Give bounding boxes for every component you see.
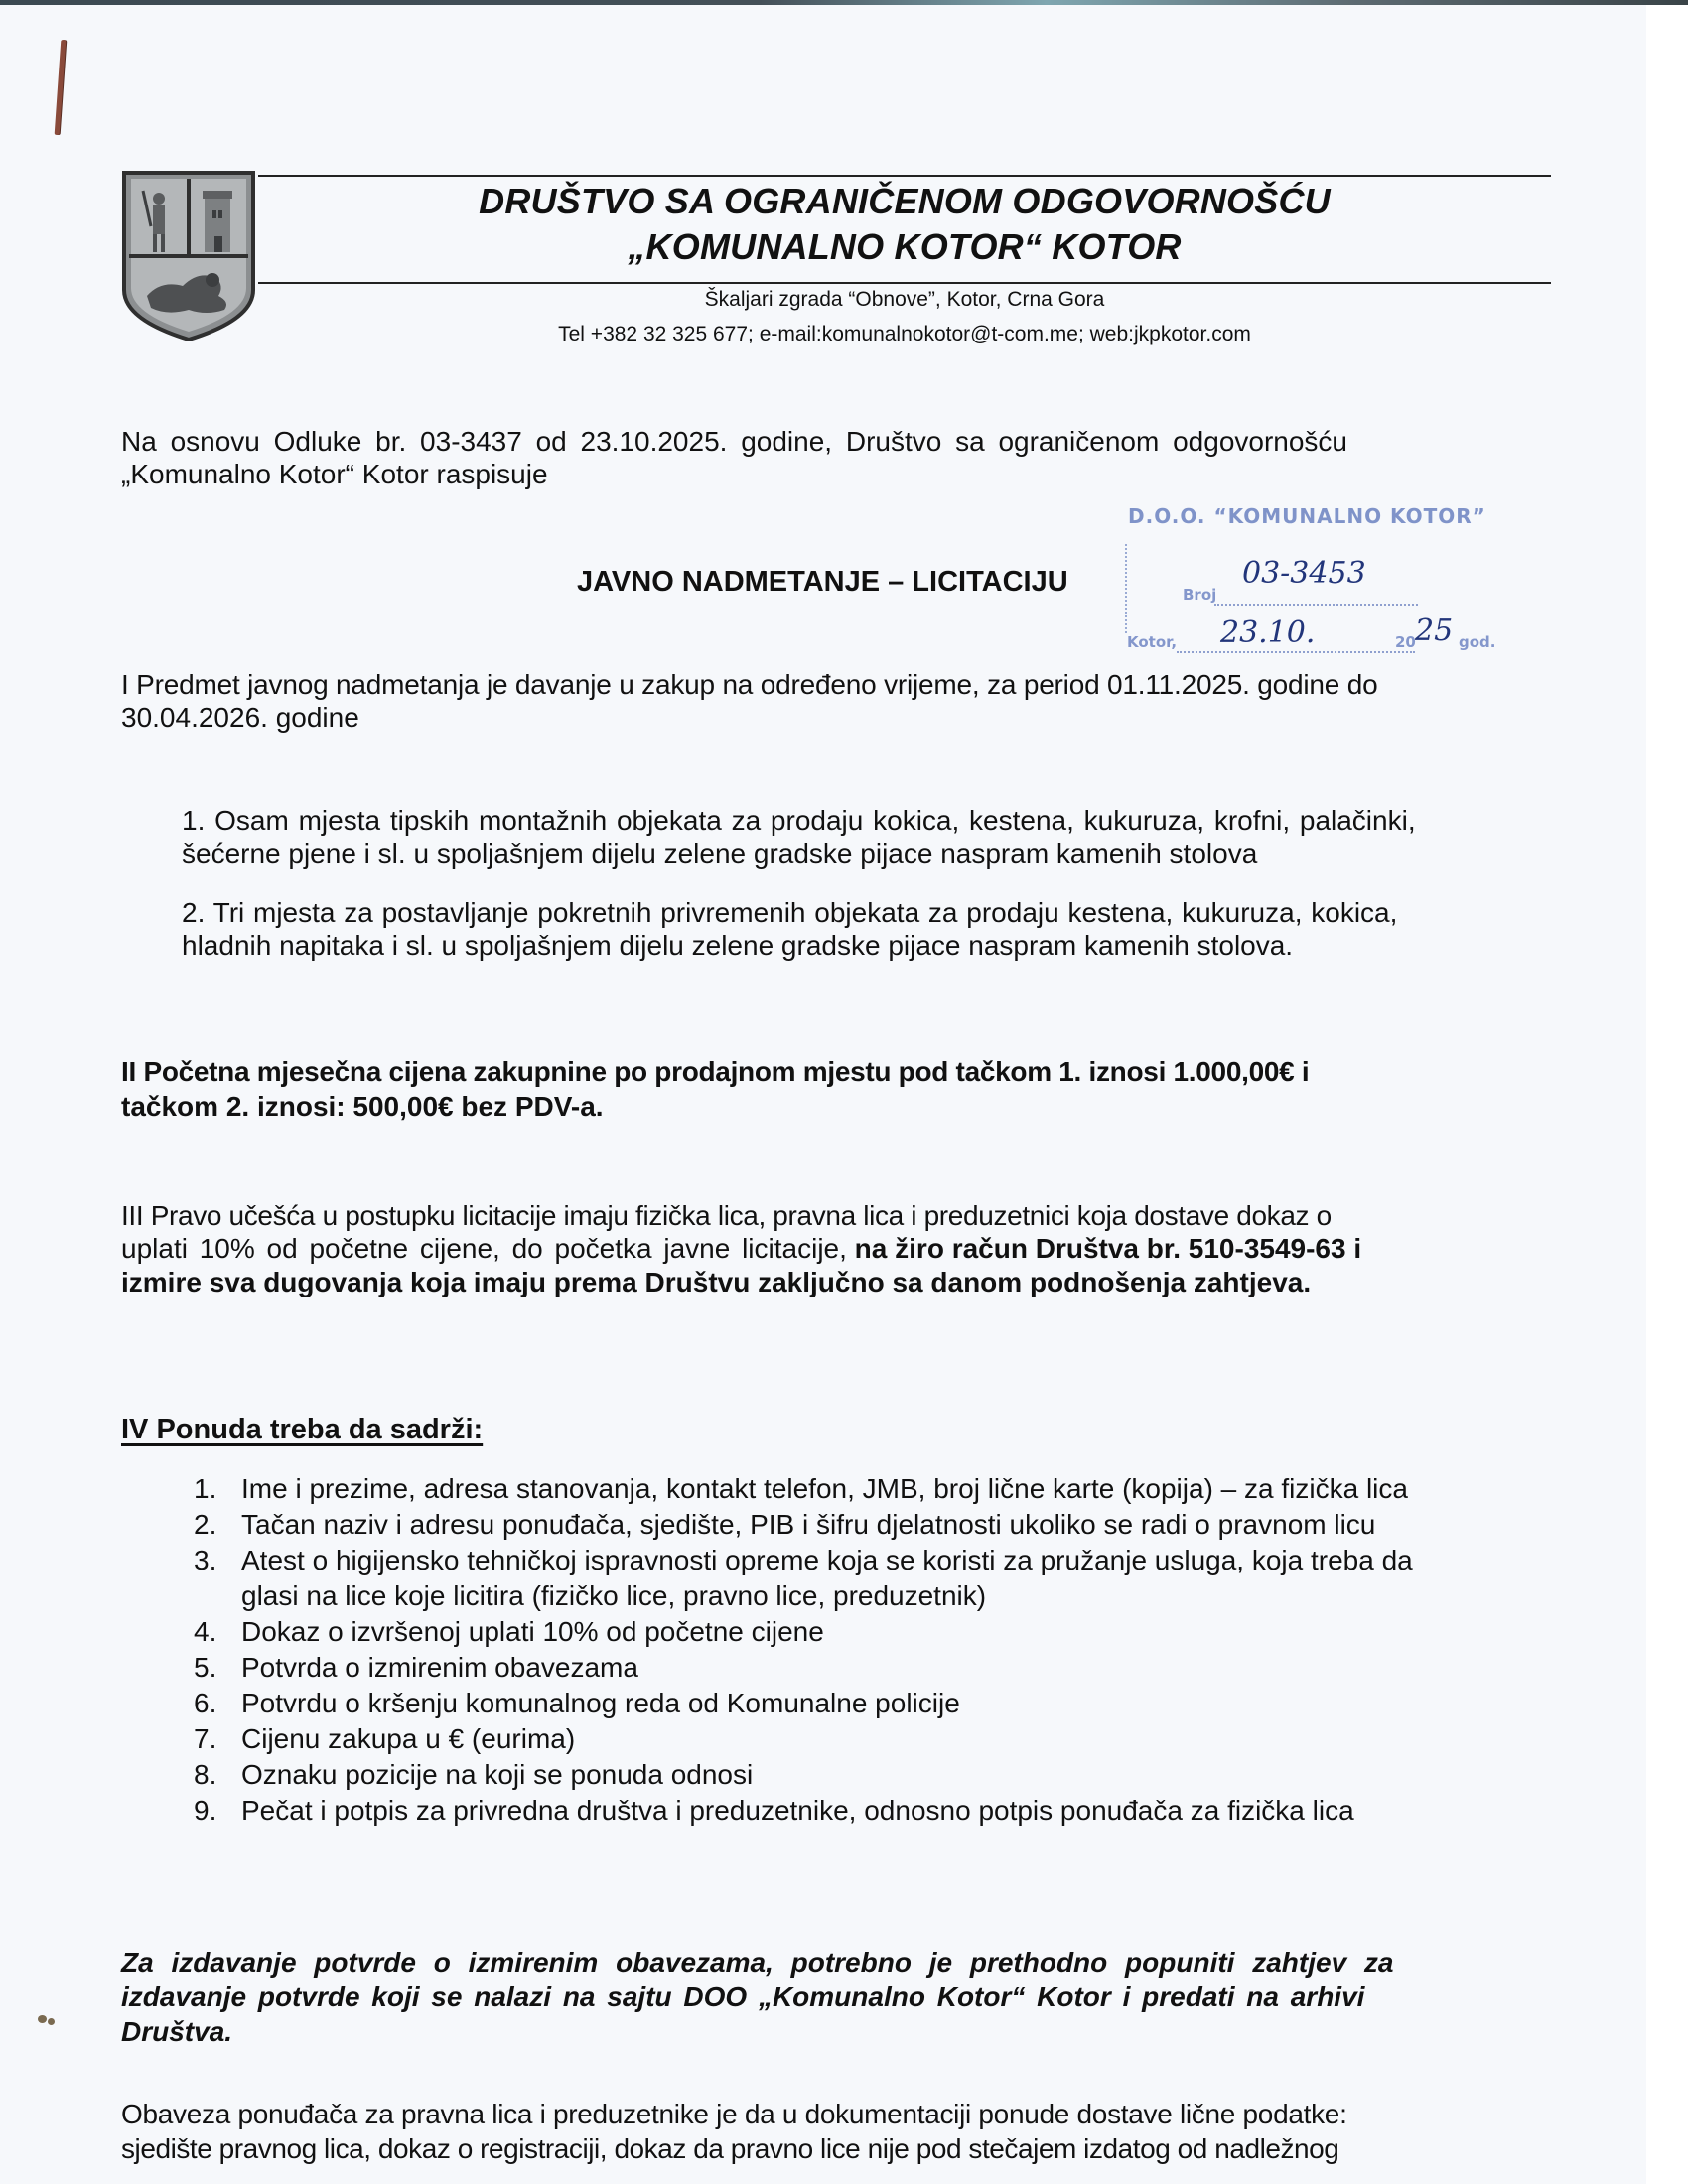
note-line-2: izdavanje potvrde koji se nalazi na sajt… — [121, 1980, 1551, 2013]
registry-stamp: D.O.O. “KOMUNALNO KOTOR” Broj 03-3453 Ko… — [1125, 504, 1502, 653]
stamp-year-prefix: 20 — [1395, 633, 1416, 651]
section-1-line-1: I Predmet javnog nadmetanja je davanje u… — [121, 668, 1377, 701]
section-3-line-2: uplati 10% od početne cijene, do početka… — [121, 1232, 1361, 1265]
list-item: 3.Atest o higijensko tehničkoj ispravnos… — [194, 1543, 1413, 1578]
note-line-1: Za izdavanje potvrde o izmirenim obaveza… — [121, 1946, 1551, 1979]
stamp-year-suffix: god. — [1459, 633, 1495, 651]
list-item-number: 4. — [194, 1614, 233, 1650]
list-item-number: 9. — [194, 1793, 233, 1829]
list-item: 7.Cijenu zakupa u € (eurima) — [194, 1721, 1413, 1757]
section-4-heading: IV Ponuda treba da sadrži: — [121, 1414, 483, 1446]
section-1-item-2-line-2: hladnih napitaka i sl. u spoljašnjem dij… — [182, 929, 1293, 962]
list-item-text: Cijenu zakupa u € (eurima) — [241, 1721, 1413, 1757]
list-item-text: Potvrda o izmirenim obavezama — [241, 1650, 1413, 1686]
section-2-line-1: II Početna mjesečna cijena zakupnine po … — [121, 1055, 1309, 1088]
section-1-item-2-line-1: 2. Tri mjesta za postavljanje pokretnih … — [182, 896, 1397, 929]
scan-speck-icon — [38, 2015, 47, 2023]
obligation-line-2: sjedište pravnog lica, dokaz o registrac… — [121, 2132, 1338, 2165]
section-3-line-1: III Pravo učešća u postupku licitacije i… — [121, 1199, 1332, 1232]
list-item-text: Pečat i potpis za privredna društva i pr… — [241, 1793, 1413, 1829]
stamp-number-underline — [1214, 604, 1418, 606]
org-address: Škaljari zgrada “Obnove”, Kotor, Crna Go… — [258, 288, 1551, 312]
list-item-text: Ime i prezime, adresa stanovanja, kontak… — [241, 1471, 1413, 1507]
org-name-line1: DRUŠTVO SA OGRANIČENOM ODGOVORNOŠĆU — [258, 181, 1551, 222]
stamp-number-label: Broj — [1183, 586, 1216, 604]
list-item: 4.Dokaz o izvršenoj uplati 10% od početn… — [194, 1614, 1413, 1650]
list-item: 5.Potvrda o izmirenim obavezama — [194, 1650, 1413, 1686]
list-item-text: Oznaku pozicije na koji se ponuda odnosi — [241, 1757, 1413, 1793]
list-item-number: 7. — [194, 1721, 233, 1757]
stamp-border — [1125, 544, 1127, 633]
stamp-number-value: 03-3453 — [1242, 556, 1366, 591]
stamp-place-label: Kotor, — [1127, 633, 1177, 651]
section-1-item-1-line-2: šećerne pjene i sl. u spoljašnjem dijelu… — [182, 837, 1257, 870]
obligation-line-1: Obaveza ponuđača za pravna lica i preduz… — [121, 2098, 1347, 2130]
intro-line-1: Na osnovu Odluke br. 03-3437 od 23.10.20… — [121, 425, 1551, 458]
scan-top-edge — [0, 0, 1688, 5]
section-1-line-2: 30.04.2026. godine — [121, 701, 359, 734]
list-item: 9.Pečat i potpis za privredna društva i … — [194, 1793, 1413, 1829]
list-item-number: 8. — [194, 1757, 233, 1793]
list-item-number: 1. — [194, 1471, 233, 1507]
org-contact: Tel +382 32 325 677; e-mail:komunalnokot… — [258, 323, 1551, 346]
list-item-text: Tačan naziv i adresu ponuđača, sjedište,… — [241, 1507, 1413, 1543]
header-top-rule — [258, 175, 1551, 177]
list-item-text: Potvrdu o kršenju komunalnog reda od Kom… — [241, 1686, 1413, 1721]
list-item-number: 2. — [194, 1507, 233, 1543]
intro-line-2: „Komunalno Kotor“ Kotor raspisuje — [121, 458, 548, 490]
section-2-line-2: tačkom 2. iznosi: 500,00€ bez PDV-a. — [121, 1090, 604, 1123]
stamp-year-value: 25 — [1415, 614, 1453, 648]
stamp-org: D.O.O. “KOMUNALNO KOTOR” — [1128, 504, 1486, 528]
org-name-line2: „KOMUNALNO KOTOR“ KOTOR — [258, 226, 1551, 268]
stamp-date-value: 23.10. — [1220, 615, 1315, 650]
stamp-date-underline — [1177, 651, 1415, 653]
list-item-number: 5. — [194, 1650, 233, 1686]
list-item-number: 6. — [194, 1686, 233, 1721]
list-item-text: Dokaz o izvršenoj uplati 10% od početne … — [241, 1614, 1413, 1650]
list-item: 2.Tačan naziv i adresu ponuđača, sjedišt… — [194, 1507, 1413, 1543]
section-1-item-1-line-1: 1. Osam mjesta tipskih montažnih objekat… — [182, 804, 1416, 837]
header-bottom-rule — [258, 282, 1551, 284]
coat-of-arms-icon — [121, 171, 256, 341]
list-item: 8.Oznaku pozicije na koji se ponuda odno… — [194, 1757, 1413, 1793]
list-item: 1.Ime i prezime, adresa stanovanja, kont… — [194, 1471, 1413, 1507]
section-3-line-2-text: uplati 10% od početne cijene, do početka… — [121, 1233, 847, 1264]
notice-title: JAVNO NADMETANJE – LICITACIJU — [577, 566, 1068, 599]
offer-requirements-list: 1.Ime i prezime, adresa stanovanja, kont… — [194, 1471, 1413, 1829]
list-item-text: glasi na lice koje licitira (fizičko lic… — [241, 1578, 1413, 1614]
note-line-3: Društva. — [121, 2015, 232, 2048]
list-item: 6.Potvrdu o kršenju komunalnog reda od K… — [194, 1686, 1413, 1721]
list-item-text: Atest o higijensko tehničkoj ispravnosti… — [241, 1543, 1413, 1578]
list-item-number: 3. — [194, 1543, 233, 1578]
list-item: glasi na lice koje licitira (fizičko lic… — [194, 1578, 1413, 1614]
section-3-line-3: izmire sva dugovanja koja imaju prema Dr… — [121, 1266, 1311, 1298]
section-3-bank-account: na žiro račun Društva br. 510-3549-63 i — [847, 1233, 1361, 1264]
scan-speck-icon — [48, 2018, 55, 2025]
